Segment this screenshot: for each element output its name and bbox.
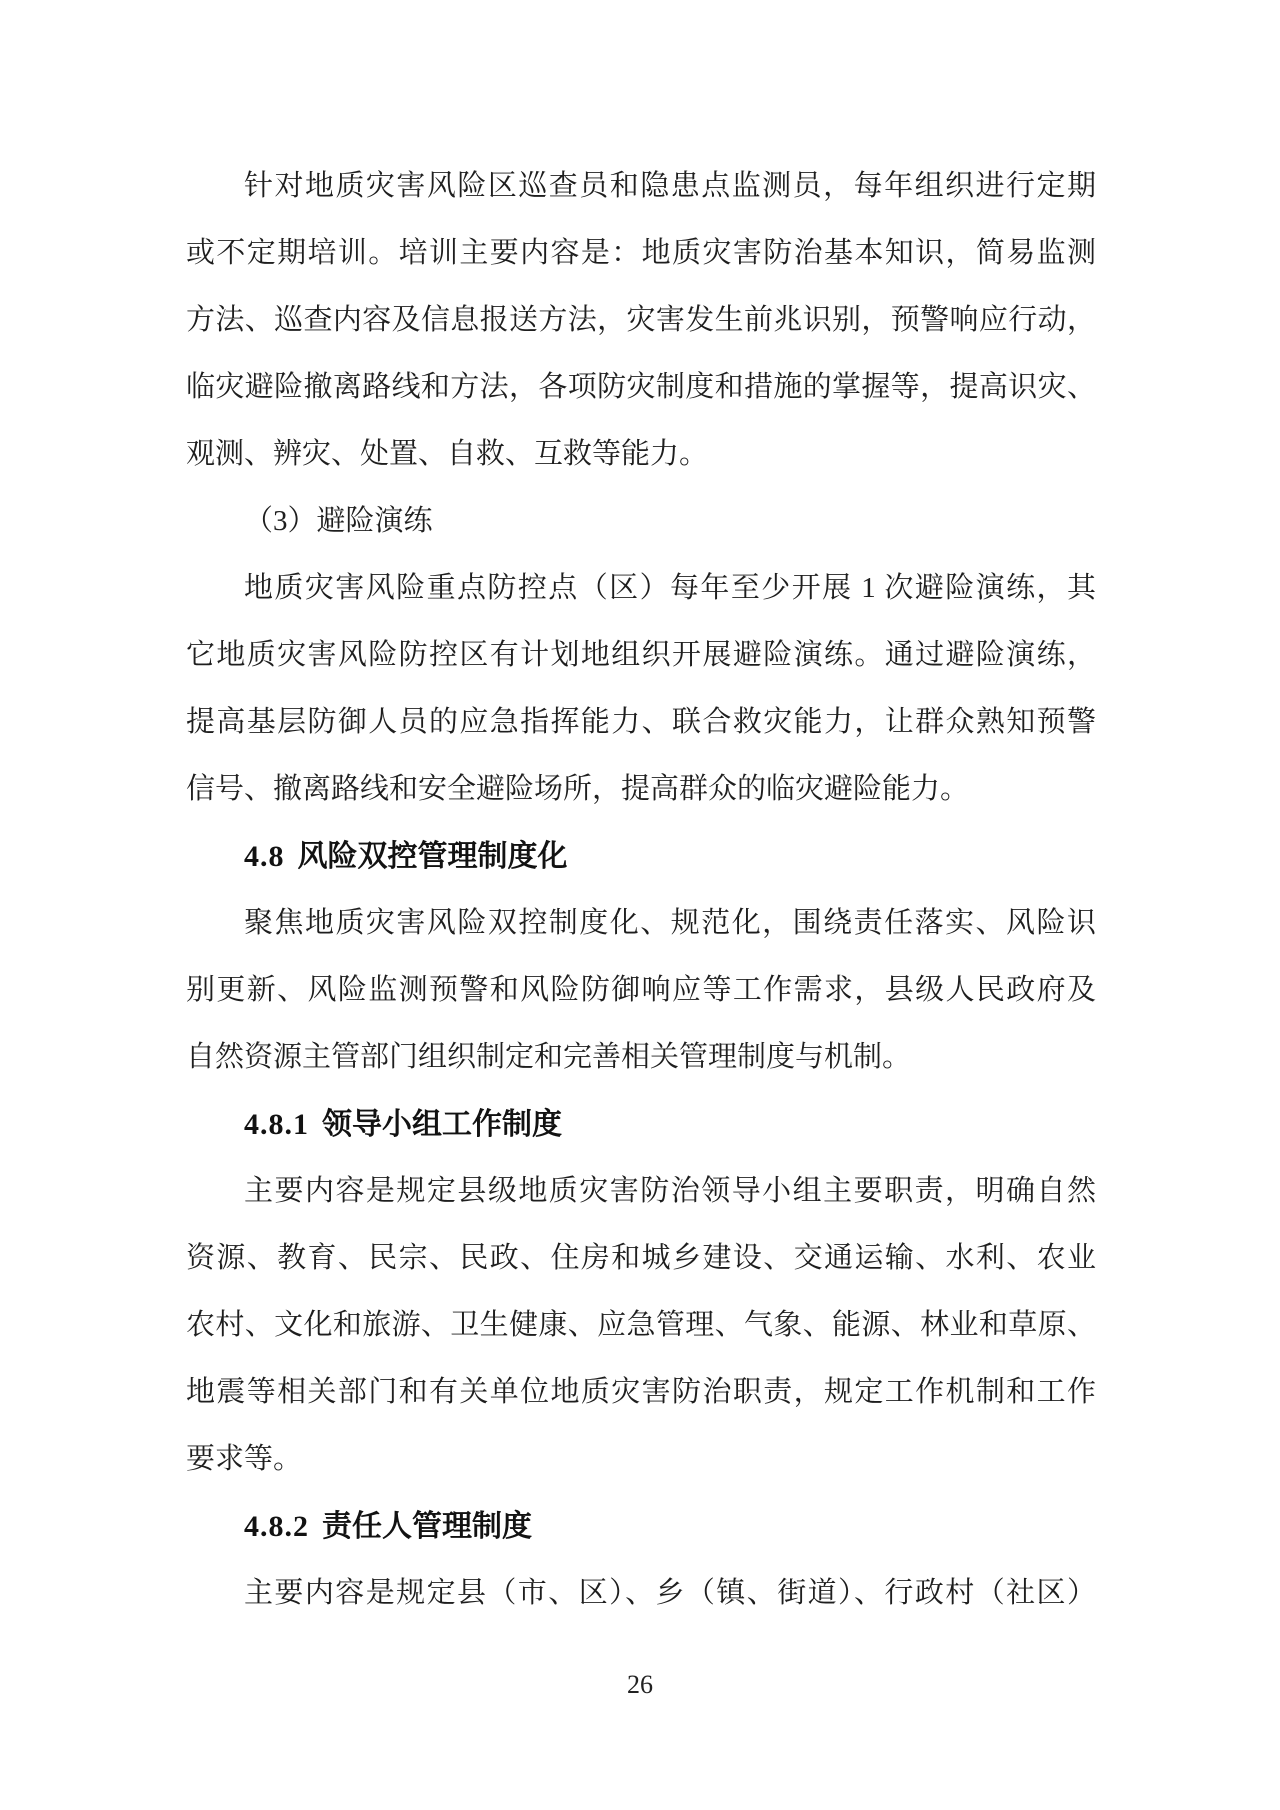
paragraph-line: 聚焦地质灾害风险双控制度化、规范化，围绕责任落实、风险识 bbox=[186, 890, 1096, 957]
section-title: 风险双控管理制度化 bbox=[298, 840, 568, 873]
document-body: 针对地质灾害风险区巡查员和隐患点监测员，每年组织进行定期 或不定期培训。培训主要… bbox=[186, 153, 1096, 1627]
section-number: 4.8 bbox=[244, 840, 285, 873]
section-number: 4.8.1 bbox=[244, 1108, 309, 1141]
paragraph-line: 针对地质灾害风险区巡查员和隐患点监测员，每年组织进行定期 bbox=[186, 153, 1096, 220]
paragraph-line: 农村、文化和旅游、卫生健康、应急管理、气象、能源、林业和草原、 bbox=[186, 1292, 1096, 1359]
paragraph-line: 要求等。 bbox=[186, 1426, 1096, 1493]
paragraph-line: 资源、教育、民宗、民政、住房和城乡建设、交通运输、水利、农业 bbox=[186, 1225, 1096, 1292]
paragraph-line: 信号、撤离路线和安全避险场所，提高群众的临灾避险能力。 bbox=[186, 756, 1096, 823]
paragraph-line: 提高基层防御人员的应急指挥能力、联合救灾能力，让群众熟知预警 bbox=[186, 689, 1096, 756]
paragraph-line: 主要内容是规定县（市、区）、乡（镇、街道）、行政村（社区） bbox=[186, 1560, 1096, 1627]
paragraph-line: 别更新、风险监测预警和风险防御响应等工作需求，县级人民政府及 bbox=[186, 957, 1096, 1024]
section-heading-4-8-1: 4.8.1领导小组工作制度 bbox=[186, 1091, 1096, 1158]
paragraph-line: 地震等相关部门和有关单位地质灾害防治职责，规定工作机制和工作 bbox=[186, 1359, 1096, 1426]
section-heading-4-8-2: 4.8.2责任人管理制度 bbox=[186, 1493, 1096, 1560]
section-heading-4-8: 4.8风险双控管理制度化 bbox=[186, 823, 1096, 890]
section-title: 责任人管理制度 bbox=[322, 1510, 532, 1543]
document-page: 针对地质灾害风险区巡查员和隐患点监测员，每年组织进行定期 或不定期培训。培训主要… bbox=[0, 0, 1280, 1810]
paragraph-line: 或不定期培训。培训主要内容是：地质灾害防治基本知识，简易监测 bbox=[186, 220, 1096, 287]
paragraph-line: 地质灾害风险重点防控点（区）每年至少开展 1 次避险演练，其 bbox=[186, 555, 1096, 622]
paragraph-line: 观测、辨灾、处置、自救、互救等能力。 bbox=[186, 421, 1096, 488]
list-item-heading: （3）避险演练 bbox=[186, 488, 1096, 555]
paragraph-line: 方法、巡查内容及信息报送方法，灾害发生前兆识别，预警响应行动， bbox=[186, 287, 1096, 354]
paragraph-line: 自然资源主管部门组织制定和完善相关管理制度与机制。 bbox=[186, 1024, 1096, 1091]
page-number: 26 bbox=[0, 1668, 1280, 1702]
paragraph-line: 它地质灾害风险防控区有计划地组织开展避险演练。通过避险演练， bbox=[186, 622, 1096, 689]
section-number: 4.8.2 bbox=[244, 1510, 309, 1543]
paragraph-line: 临灾避险撤离路线和方法，各项防灾制度和措施的掌握等，提高识灾、 bbox=[186, 354, 1096, 421]
paragraph-line: 主要内容是规定县级地质灾害防治领导小组主要职责，明确自然 bbox=[186, 1158, 1096, 1225]
section-title: 领导小组工作制度 bbox=[322, 1108, 562, 1141]
